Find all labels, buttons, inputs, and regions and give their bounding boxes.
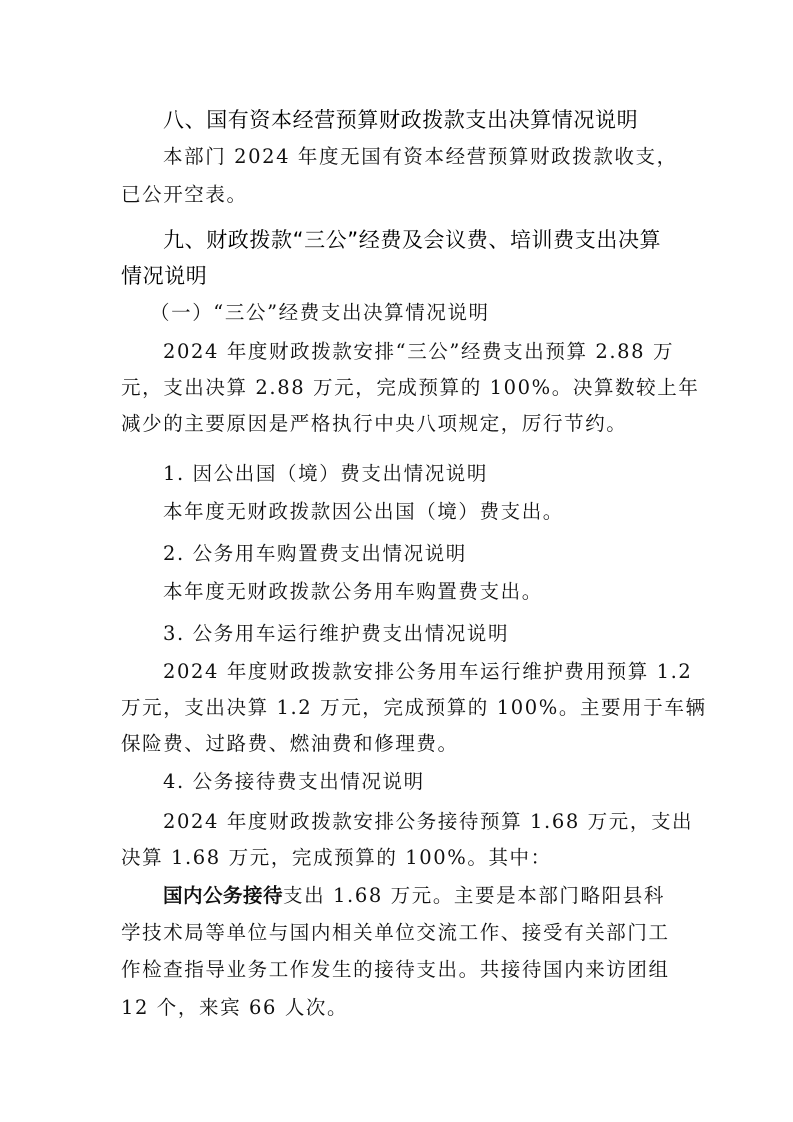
domestic-reception-line-1: 国内公务接待支出 1.68 万元。主要是本部门略阳县科 [163, 884, 673, 908]
subsection-1-para-line-3: 减少的主要原因是严格执行中央八项规定，厉行节约。 [121, 412, 673, 436]
item-3-para-line-1: 2024 年度财政拨款安排公务用车运行维护费用预算 1.2 [163, 660, 673, 684]
item-3-heading: 3. 公务用车运行维护费支出情况说明 [163, 622, 715, 646]
subsection-1-para-line-2: 元，支出决算 2.88 万元，完成预算的 100%。决算数较上年 [121, 376, 673, 400]
section-9-heading-line-2: 情况说明 [121, 264, 673, 288]
item-4-heading: 4. 公务接待费支出情况说明 [163, 770, 715, 794]
document-page: 八、国有资本经营预算财政拨款支出决算情况说明 本部门 2024 年度无国有资本经… [0, 0, 793, 1122]
item-3-para-line-3: 保险费、过路费、燃油费和修理费。 [121, 732, 673, 756]
subsection-1-heading: （一）“三公”经费支出决算情况说明 [150, 301, 702, 325]
domestic-reception-text: 支出 1.68 万元。主要是本部门略阳县科 [283, 884, 665, 907]
section-8-para-line-1: 本部门 2024 年度无国有资本经营预算财政拨款收支， [163, 145, 673, 169]
domestic-reception-line-2: 学技术局等单位与国内相关单位交流工作、接受有关部门工 [121, 921, 673, 945]
item-3-para-line-2: 万元，支出决算 1.2 万元，完成预算的 100%。主要用于车辆 [121, 696, 673, 720]
item-4-para-line-2: 决算 1.68 万元，完成预算的 100%。其中： [121, 846, 673, 870]
section-8-para-line-2: 已公开空表。 [121, 183, 673, 207]
subsection-1-para-line-1: 2024 年度财政拨款安排“三公”经费支出预算 2.88 万 [163, 340, 673, 364]
item-1-para: 本年度无财政拨款因公出国（境）费支出。 [163, 500, 715, 524]
item-2-heading: 2. 公务用车购置费支出情况说明 [163, 542, 715, 566]
item-4-para-line-1: 2024 年度财政拨款安排公务接待预算 1.68 万元，支出 [163, 810, 673, 834]
section-9-heading-line-1: 九、财政拨款“三公”经费及会议费、培训费支出决算 [163, 228, 673, 252]
domestic-reception-label: 国内公务接待 [163, 884, 283, 907]
item-1-heading: 1. 因公出国（境）费支出情况说明 [163, 462, 715, 486]
domestic-reception-line-4: 12 个，来宾 66 人次。 [121, 996, 673, 1020]
item-2-para: 本年度无财政拨款公务用车购置费支出。 [163, 580, 715, 604]
domestic-reception-line-3: 作检查指导业务工作发生的接待支出。共接待国内来访团组 [121, 958, 673, 982]
section-8-heading: 八、国有资本经营预算财政拨款支出决算情况说明 [163, 108, 673, 132]
